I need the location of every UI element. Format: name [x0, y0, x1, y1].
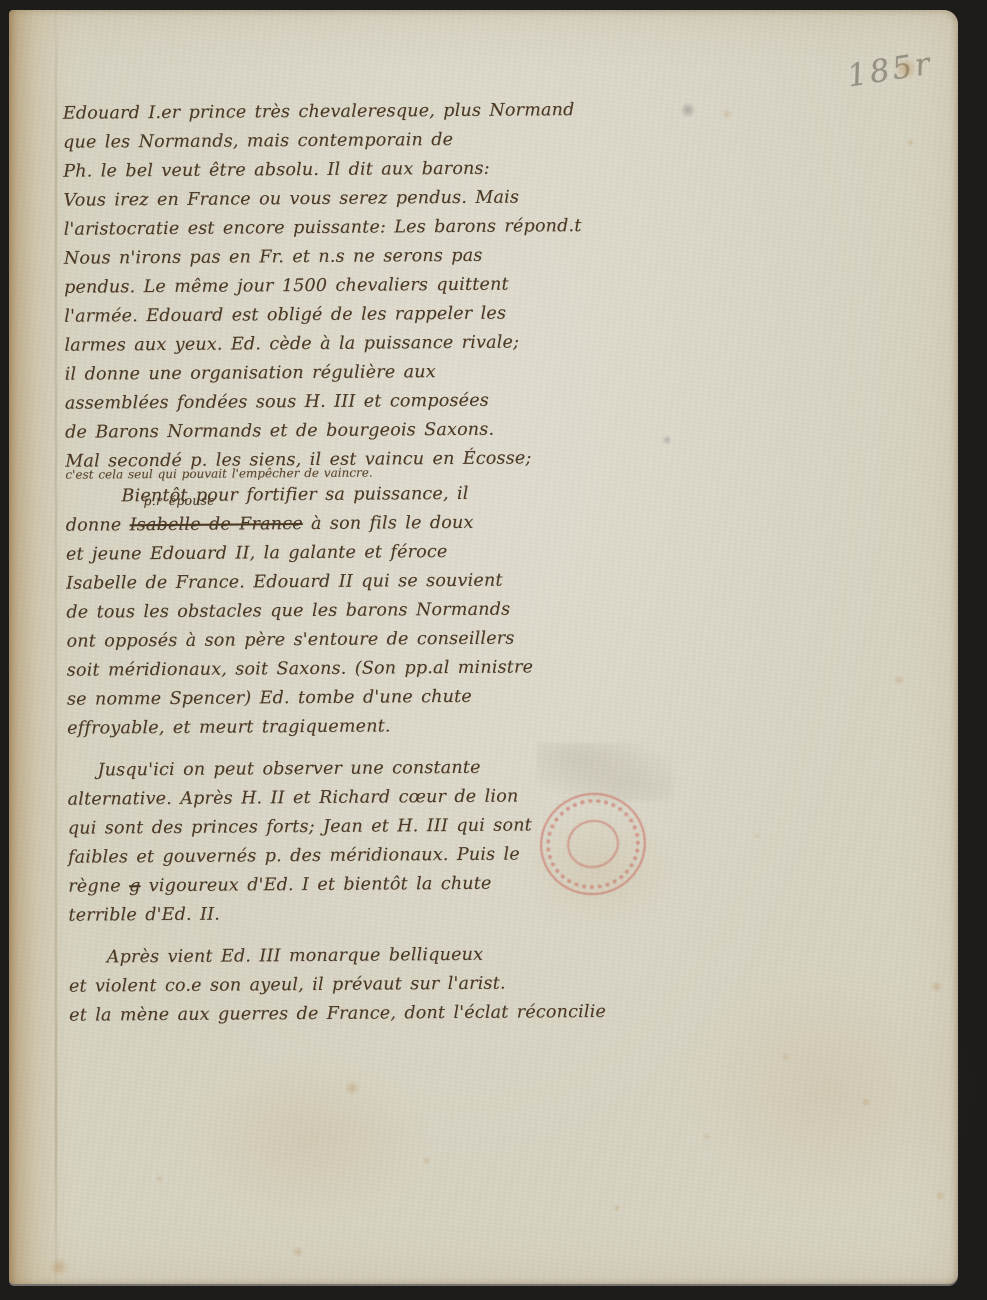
foxing-spot [906, 138, 915, 147]
text-segment: vigoureux d'Ed. I et bientôt la chute [140, 874, 491, 896]
foxing-spot [662, 435, 672, 445]
foxing-spot [680, 102, 696, 118]
manuscript-line: et jeune Edouard II, la galante et féroc… [66, 537, 548, 569]
manuscript-line: et violent co.e son ayeul, il prévaut su… [69, 969, 551, 1001]
manuscript-line: et la mène aux guerres de France, dont l… [69, 998, 551, 1030]
manuscript-line: Ph. le bel veut être absolu. Il dit aux … [63, 154, 545, 186]
manuscript-line: Bientôt pour fortifier sa puissance, il [65, 479, 547, 511]
manuscript-line: pendus. Le même jour 1500 chevaliers qui… [64, 270, 546, 302]
text-segment: à son fils le doux [303, 513, 474, 534]
folio-number: 185r [845, 45, 936, 94]
manuscript-line: faibles et gouvernés p. des méridionaux.… [68, 840, 550, 872]
foxing-spot [861, 1097, 871, 1107]
manuscript-line: qui sont des princes forts; Jean et H. I… [68, 811, 550, 843]
manuscript-line-with-correction: donne Isabelle de Francep.r épouse à son… [66, 508, 548, 540]
handwritten-text-block: Edouard I.er prince très chevaleresque, … [63, 96, 551, 1030]
foxing-spot [292, 1246, 304, 1258]
manuscript-line: terrible d'Ed. II. [68, 898, 550, 930]
struck-text: Isabelle de France [130, 514, 303, 535]
text-segment: règne [68, 876, 129, 896]
manuscript-line-with-correction: règne g vigoureux d'Ed. I et bientôt la … [68, 869, 550, 901]
manuscript-line: Nous n'irons pas en Fr. et n.s ne serons… [64, 241, 546, 273]
foxing-spot [613, 1204, 621, 1212]
manuscript-line: de tous les obstacles que les barons Nor… [66, 595, 548, 627]
foxing-spot [49, 1258, 69, 1276]
struck-text: g [129, 876, 141, 896]
crossed-out-phrase: Isabelle de Francep.r épouse [130, 510, 303, 540]
manuscript-line: assemblées fondées sous H. III et compos… [65, 386, 547, 418]
manuscript-line: que les Normands, mais contemporain de [63, 125, 545, 157]
manuscript-line: il donne une organisation régulière aux [65, 357, 547, 389]
water-stain [179, 1050, 439, 1230]
foxing-spot [702, 1132, 711, 1141]
foxing-spot [721, 108, 733, 120]
manuscript-line: soit méridionaux, soit Saxons. (Son pp.a… [67, 653, 549, 685]
foxing-spot [344, 1080, 360, 1096]
manuscript-line: Jusqu'ici on peut observer une constante [67, 753, 549, 785]
manuscript-line: se nomme Spencer) Ed. tombe d'une chute [67, 682, 549, 714]
foxing-spot [930, 980, 943, 993]
text-segment: donne [66, 515, 130, 535]
foxing-spot [893, 674, 905, 686]
manuscript-line: ont opposés à son père s'entoure de cons… [66, 624, 548, 656]
foxing-spot [935, 1190, 946, 1201]
manuscript-line: l'armée. Edouard est obligé de les rappe… [64, 299, 546, 331]
manuscript-line: l'aristocratie est encore puissante: Les… [64, 212, 546, 244]
interlinear-insertion: p.r épouse [143, 495, 214, 507]
manuscript-line: larmes aux yeux. Ed. cède à la puissance… [64, 328, 546, 360]
manuscript-line: Isabelle de France. Edouard II qui se so… [66, 566, 548, 598]
foxing-spot [155, 1174, 164, 1183]
manuscript-line: Edouard I.er prince très chevaleresque, … [63, 96, 545, 128]
foxing-spot [422, 1156, 431, 1165]
foxing-spot [781, 1052, 791, 1062]
manuscript-line: Après vient Ed. III monarque belliqueux [69, 940, 551, 972]
foxing-spot [753, 832, 761, 840]
water-stain [679, 960, 979, 1220]
manuscript-line: de Barons Normands et de bourgeois Saxon… [65, 415, 547, 447]
manuscript-line: alternative. Après H. II et Richard cœur… [68, 782, 550, 814]
manuscript-line: Vous irez en France ou vous serez pendus… [63, 183, 545, 215]
vertical-fold-crease [55, 10, 57, 1284]
manuscript-page: 185r Edouard I.er prince très chevaleres… [9, 10, 958, 1284]
scanned-manuscript-screenshot: { "page": { "folio_number": "185r" }, "c… [0, 0, 987, 1300]
manuscript-line: effroyable, et meurt tragiquement. [67, 711, 549, 743]
